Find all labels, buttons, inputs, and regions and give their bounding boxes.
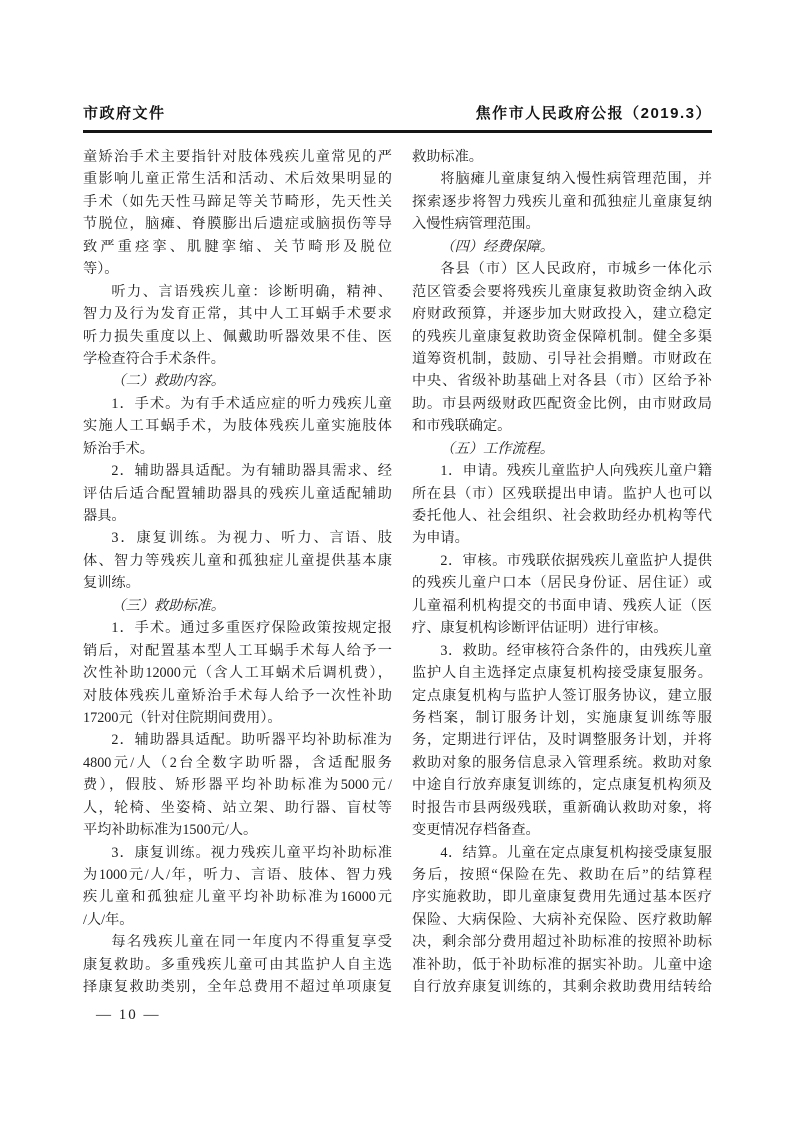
text-line: 4800元/人（2台全数字助听器，含适配服务: [83, 752, 392, 774]
header-left-title: 市政府文件: [83, 102, 166, 123]
text-line: 等）。: [83, 258, 392, 280]
text-line: （五）工作流程。: [412, 438, 712, 460]
text-line: （四）经费保障。: [412, 236, 712, 258]
text-line: 范区管委会要将残疾儿童康复救助资金纳入政: [412, 281, 712, 303]
text-line: 为申请。: [412, 527, 712, 549]
text-line: 各县（市）区人民政府，市城乡一体化示: [412, 258, 712, 280]
text-line: 入慢性病管理范围。: [412, 213, 712, 235]
text-line: 准补助，低于补助标准的据实补助。儿童中途: [412, 954, 712, 976]
text-line: 2．辅助器具适配。助听器平均补助标准为: [83, 729, 392, 751]
text-line: 保险、大病保险、大病补充保险、医疗救助解: [412, 909, 712, 931]
text-line: 矫治手术。: [83, 438, 392, 460]
text-line: 童矫治手术主要指针对肢体残疾儿童常见的严: [83, 146, 392, 168]
text-line: 务后，按照“保险在先、救助在后”的结算程: [412, 864, 712, 886]
text-line: 1．手术。通过多重医疗保险政策按规定报: [83, 617, 392, 639]
text-line: 定点康复机构与监护人签订服务协议，建立服: [412, 685, 712, 707]
text-line: 助。市县两级财政匹配资金比例，由市财政局: [412, 393, 712, 415]
text-line: 和市残联确定。: [412, 415, 712, 437]
text-line: 探索逐步将智力残疾儿童和孤独症儿童康复纳: [412, 191, 712, 213]
text-line: 1．申请。残疾儿童监护人向残疾儿童户籍: [412, 460, 712, 482]
text-line: 的残疾儿童户口本（居民身份证、居住证）或: [412, 572, 712, 594]
text-line: 手术（如先天性马蹄足等关节畸形，先天性关: [83, 191, 392, 213]
text-line: 致严重痉挛、肌腱挛缩、关节畸形及脱位: [83, 236, 392, 258]
text-line: 对肢体残疾儿童矫治手术每人给予一次性补助: [83, 685, 392, 707]
text-line: 体、智力等残疾儿童和孤独症儿童提供基本康: [83, 550, 392, 572]
text-line: 4．结算。儿童在定点康复机构接受康复服: [412, 842, 712, 864]
header-rule: [83, 130, 712, 133]
text-line: （二）救助内容。: [83, 370, 392, 392]
text-line: 监护人自主选择定点康复机构接受康复服务。: [412, 662, 712, 684]
left-text-column: 童矫治手术主要指针对肢体残疾儿童常见的严重影响儿童正常生活和活动、术后效果明显的…: [83, 146, 392, 999]
text-line: 务，定期进行评估，及时调整服务计划，并将: [412, 729, 712, 751]
gazette-page: 市政府文件 焦作市人民政府公报（2019.3） 童矫治手术主要指针对肢体残疾儿童…: [0, 0, 793, 1122]
text-line: 择康复救助类别，全年总费用不超过单项康复: [83, 976, 392, 998]
text-line: 每名残疾儿童在同一年度内不得重复享受: [83, 931, 392, 953]
text-line: 的残疾儿童康复救助资金保障机制。健全多渠: [412, 326, 712, 348]
text-line: 儿童福利机构提交的书面申请、残疾人证（医: [412, 595, 712, 617]
text-line: 救助对象的服务信息录入管理系统。救助对象: [412, 752, 712, 774]
text-line: 重影响儿童正常生活和活动、术后效果明显的: [83, 168, 392, 190]
text-line: 17200元（针对住院期间费用）。: [83, 707, 392, 729]
right-text-column: 救助标准。将脑瘫儿童康复纳入慢性病管理范围，并探索逐步将智力残疾儿童和孤独症儿童…: [412, 146, 712, 999]
text-line: （三）救助标准。: [83, 595, 392, 617]
text-line: 救助标准。: [412, 146, 712, 168]
text-line: 学检查符合手术条件。: [83, 348, 392, 370]
text-line: /人/年。: [83, 909, 392, 931]
text-line: 决，剩余部分费用超过补助标准的按照补助标: [412, 931, 712, 953]
text-line: 销后，对配置基本型人工耳蜗手术每人给予一: [83, 640, 392, 662]
text-line: 次性补助12000元（含人工耳蜗术后调机费），: [83, 662, 392, 684]
text-line: 中途自行放弃康复训练的，定点康复机构须及: [412, 774, 712, 796]
page-header: 市政府文件 焦作市人民政府公报（2019.3）: [83, 102, 712, 123]
text-line: 时报告市县两级残联，重新确认救助对象，将: [412, 797, 712, 819]
text-line: 疗、康复机构诊断评估证明）进行审核。: [412, 617, 712, 639]
text-line: 费），假肢、矫形器平均补助标准为5000元/: [83, 774, 392, 796]
header-right-title: 焦作市人民政府公报（2019.3）: [476, 102, 712, 123]
text-line: 1．手术。为有手术适应症的听力残疾儿童: [83, 393, 392, 415]
text-line: 3．救助。经审核符合条件的，由残疾儿童: [412, 640, 712, 662]
page-number: — 10 —: [96, 1007, 161, 1024]
text-line: 务档案，制订服务计划，实施康复训练等服: [412, 707, 712, 729]
text-line: 复训练。: [83, 572, 392, 594]
text-line: 中央、省级补助基础上对各县（市）区给予补: [412, 370, 712, 392]
text-line: 评估后适合配置辅助器具的残疾儿童适配辅助: [83, 483, 392, 505]
text-line: 平均补助标准为1500元/人。: [83, 819, 392, 841]
text-line: 节脱位，脑瘫、脊膜膨出后遗症或脑损伤等导: [83, 213, 392, 235]
text-line: 实施人工耳蜗手术，为肢体残疾儿童实施肢体: [83, 415, 392, 437]
text-line: 疾儿童和孤独症儿童平均补助标准为16000元: [83, 886, 392, 908]
text-line: 3．康复训练。为视力、听力、言语、肢: [83, 527, 392, 549]
text-line: 器具。: [83, 505, 392, 527]
text-line: 2．审核。市残联依据残疾儿童监护人提供: [412, 550, 712, 572]
text-line: 听力、言语残疾儿童：诊断明确，精神、: [83, 281, 392, 303]
text-line: 自行放弃康复训练的，其剩余救助费用结转给: [412, 976, 712, 998]
text-line: 2．辅助器具适配。为有辅助器具需求、经: [83, 460, 392, 482]
text-line: 智力及行为发育正常，其中人工耳蜗手术要求: [83, 303, 392, 325]
text-line: 康复救助。多重残疾儿童可由其监护人自主选: [83, 954, 392, 976]
text-line: 3．康复训练。视力残疾儿童平均补助标准: [83, 842, 392, 864]
text-line: 序实施救助，即儿童康复费用先通过基本医疗: [412, 886, 712, 908]
text-line: 人，轮椅、坐姿椅、站立架、助行器、盲杖等: [83, 797, 392, 819]
text-line: 为1000元/人/年，听力、言语、肢体、智力残: [83, 864, 392, 886]
text-line: 府财政预算，并逐步加大财政投入，建立稳定: [412, 303, 712, 325]
text-line: 所在县（市）区残联提出申请。监护人也可以: [412, 483, 712, 505]
text-line: 道筹资机制，鼓励、引导社会捐赠。市财政在: [412, 348, 712, 370]
text-line: 委托他人、社会组织、社会救助经办机构等代: [412, 505, 712, 527]
text-line: 听力损失重度以上、佩戴助听器效果不佳、医: [83, 326, 392, 348]
text-line: 将脑瘫儿童康复纳入慢性病管理范围，并: [412, 168, 712, 190]
text-line: 变更情况存档备查。: [412, 819, 712, 841]
